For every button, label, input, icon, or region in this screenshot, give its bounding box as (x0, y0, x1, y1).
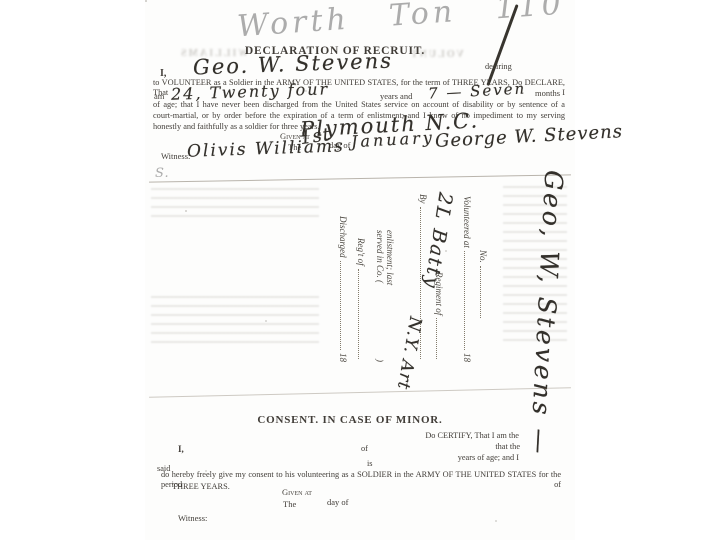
docket-no-blank (480, 266, 489, 318)
docket-volunteered-label: Volunteered at (462, 196, 472, 248)
docket-enlistment-gap (377, 304, 385, 356)
docket-discharged-year: 18 (338, 353, 348, 362)
docket-panel: Geo, W, Stevens — No. Volunteered at 18 … (328, 180, 505, 365)
docket-regt-blank (358, 269, 367, 359)
consent-of-label: of (361, 444, 368, 453)
declaration-line-of-age: of age; that I have never been discharge… (153, 100, 565, 110)
declaration-desiring: desiring (485, 62, 512, 71)
witness-label: Witness: (161, 151, 190, 161)
docket-rotated-content: Geo, W, Stevens — No. Volunteered at 18 … (328, 180, 505, 365)
docket-discharged-blank (340, 261, 349, 350)
consent-certify-line: Do CERTIFY, That I am the (425, 431, 519, 440)
consent-three-years-label: THREE YEARS. (172, 482, 230, 491)
scan-noise (145, 0, 147, 2)
consent-day-of-label: day of (327, 497, 348, 507)
consent-the-label: The (283, 499, 296, 509)
docket-by-label: By (418, 194, 428, 204)
witness-entry: Olivis Williams (187, 136, 345, 161)
docket-regiment-blank (436, 318, 445, 359)
docket-enlistment-label: enlistment; last served in Co. ( (375, 230, 395, 301)
scanned-document-page: { "annotations": { "top_pencil": "Worth … (0, 0, 720, 540)
fold-pencil-mark: S. (155, 166, 170, 181)
docket-enlistment-row: enlistment; last served in Co. ( ) (375, 180, 395, 362)
fold-line-lower (149, 387, 571, 398)
docket-regt-row: Reg't of (356, 180, 367, 362)
docket-discharged-row: Discharged 18 (338, 180, 349, 362)
consent-is-label: is (367, 459, 373, 468)
consent-title: CONSENT. IN CASE OF MINOR. (220, 414, 480, 426)
docket-no-label: No. (478, 250, 488, 263)
declaration-line-honestly: honestly and faithfully as a soldier for… (153, 122, 320, 131)
consent-given-at-label: Given at (282, 487, 312, 497)
document-scan: Worth Ton 110 WILLIAMS DECLARATION OF RE… (145, 0, 575, 540)
declaration-months-label: months (535, 88, 560, 98)
docket-volunteered-blank (464, 251, 473, 350)
docket-volunteered-year: 18 (462, 353, 472, 362)
consent-i-label: I, (178, 444, 184, 454)
consent-witness-label: Witness: (178, 513, 207, 523)
docket-no-row: No. (478, 180, 489, 362)
month-entry: January (351, 128, 436, 151)
docket-discharged-label: Discharged (338, 216, 348, 258)
docket-regt-label: Reg't of (356, 238, 366, 266)
bleed-through-region-left-bottom (151, 296, 319, 348)
bleed-through-text-right: VOLUNT (409, 49, 464, 60)
bleed-through-region-left-top (151, 188, 319, 218)
consent-years-line: years of age; and I (458, 453, 519, 462)
docket-enlistment-close: ) (375, 359, 385, 362)
consent-that-the-label: that the (495, 442, 520, 451)
docket-volunteered-row: Volunteered at 18 (462, 180, 473, 362)
